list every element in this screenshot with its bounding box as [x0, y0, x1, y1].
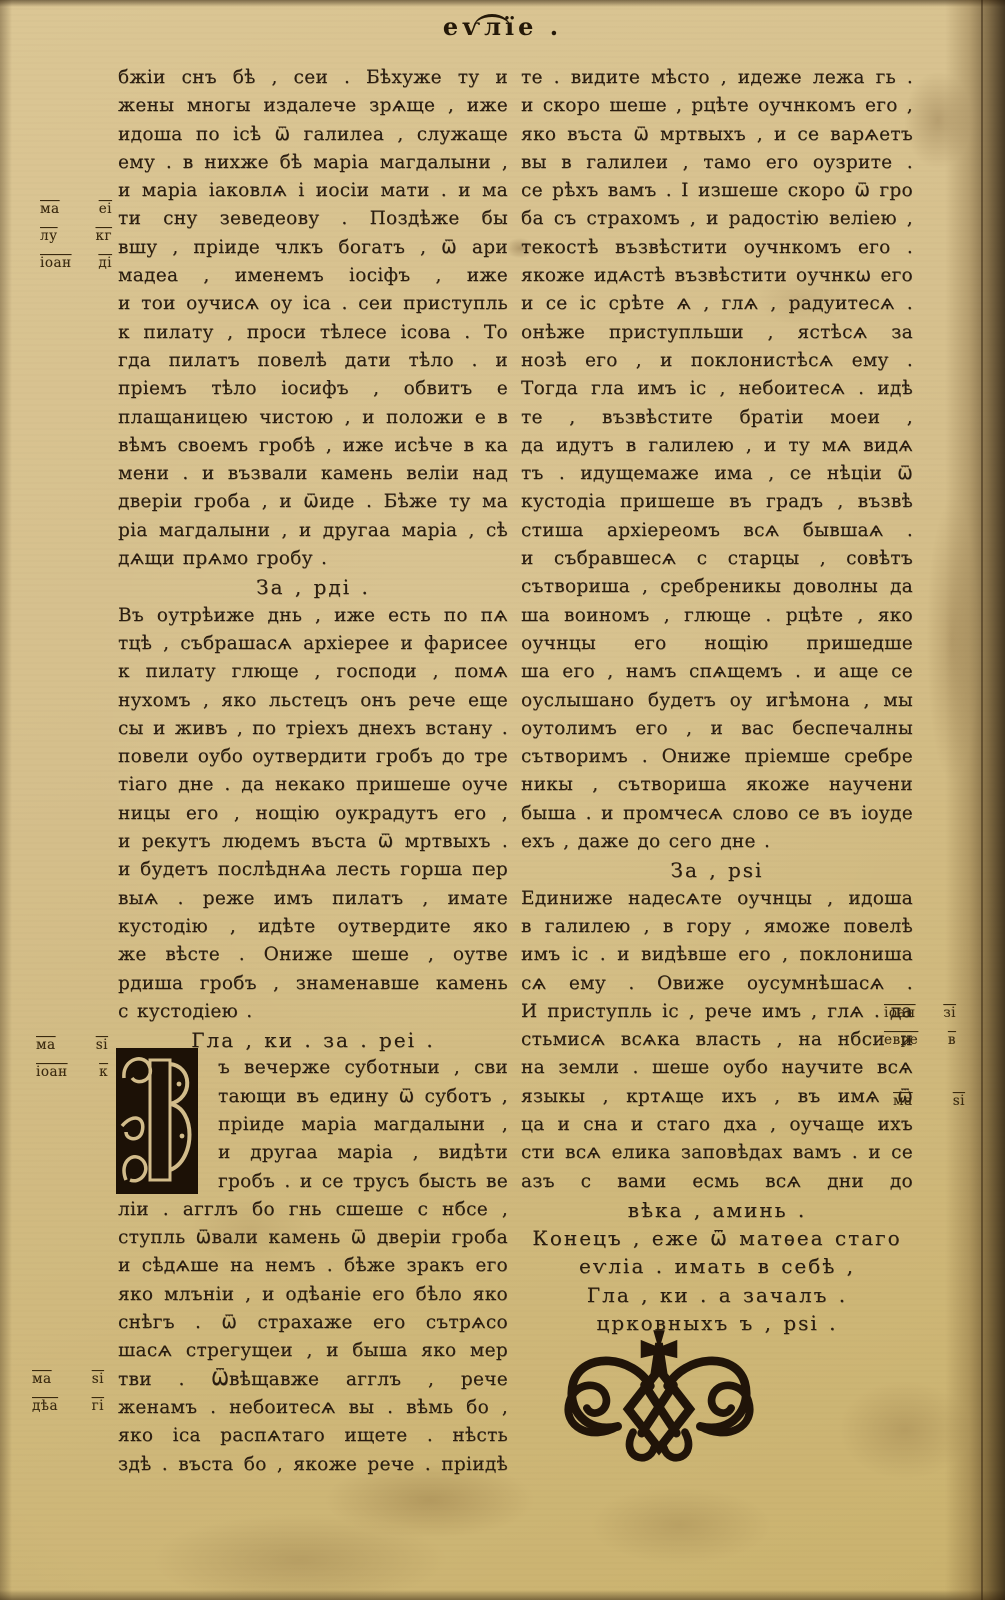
- text-line: и се іс срѣте ѧ , глѧ , радуитесѧ .: [521, 290, 913, 318]
- chapter-numeral: еі: [99, 196, 112, 223]
- book-abbreviation: іоан: [40, 250, 72, 277]
- text-line: тви . Ѿвѣщавже агглъ , рече: [118, 1366, 508, 1394]
- text-line: плащаницею чистою , и положи е в но: [118, 404, 508, 432]
- text-line: ему . в нихже бѣ маріа магдалыни ,: [118, 149, 508, 177]
- text-line: якоже идѧстѣ възвѣстити оучнкѡ его: [521, 262, 913, 290]
- margin-reference-row: лукг: [40, 223, 112, 250]
- text-line: снѣгъ . ѿ страхаже его сътрѧсо: [118, 1309, 508, 1337]
- text-line: гробъ . и се трусъ бысть ве: [218, 1168, 508, 1196]
- text-line: нозѣ его , и поклонистѣсѧ ему .: [521, 347, 913, 375]
- chapter-numeral: в: [948, 1027, 956, 1054]
- text-line: стиша архіереомъ всѧ бывшаѧ .: [521, 517, 913, 545]
- text-line: ба съ страхомъ , и радостію веліею ,: [521, 205, 913, 233]
- text-line: пріиде маріа магдалыни ,: [218, 1111, 508, 1139]
- margin-reference-row: іоанзі: [884, 1000, 956, 1027]
- margin-reference-row: маѕі: [36, 1032, 108, 1059]
- text-line: се рѣхъ вамъ . І изшеше скоро ѿ гро: [521, 177, 913, 205]
- text-line: нухомъ , яко льстецъ онъ рече еще: [118, 687, 508, 715]
- text-line: здѣ . въста бо , якоже рече . пріидѣ: [118, 1451, 508, 1479]
- text-line: онѣже приступльши , ястѣсѧ за: [521, 319, 913, 347]
- margin-reference-row: маѕі: [893, 1088, 965, 1115]
- text-line: в галилею , в гору , яможе повелѣ: [521, 913, 913, 941]
- text-line: Гла , ки . а зачалъ .: [521, 1281, 913, 1309]
- margin-reference-left: маѕідѣагі: [32, 1366, 104, 1420]
- text-line: азъ с вами есмь всѧ дни до скончаніа: [521, 1168, 913, 1196]
- text-line: те , възвѣстите братіи моеи ,: [521, 404, 913, 432]
- text-line: ца и сна и стаго дха , оучаще ихъ блю: [521, 1111, 913, 1139]
- text-line: дверіи гроба , и ѿиде . Бѣже ту ма: [118, 488, 508, 516]
- text-line: оуслышано будетъ оу игѣмона , мы: [521, 687, 913, 715]
- text-line: оучнцы его нощію пришедше оукрадо: [521, 630, 913, 658]
- book-abbreviation: іоан: [884, 1000, 916, 1027]
- margin-reference-row: маеі: [40, 196, 112, 223]
- text-line: и тои оучисѧ оу іса . сеи приступль: [118, 290, 508, 318]
- chapter-numeral: кг: [95, 223, 112, 250]
- text-line: ти сну зеведеову . Поздѣже бы: [118, 205, 508, 233]
- text-line: вѣка , аминь .: [521, 1196, 913, 1224]
- text-line: рдиша гробъ , знаменавше камень: [118, 970, 508, 998]
- text-line: дѧщи прѧмо гробу .: [118, 545, 508, 573]
- page-edge-top: [0, 0, 1005, 7]
- text-line: и събравшесѧ с старцы , совѣтъ: [521, 545, 913, 573]
- text-line: мадеа , именемъ іосіфъ , иже: [118, 262, 508, 290]
- text-line: Единиже надесѧте оучнцы , идоша: [521, 885, 913, 913]
- text-line: текостѣ възвѣстити оучнкомъ его .: [521, 234, 913, 262]
- text-line: сътворимъ . Ониже пріемше сребре: [521, 743, 913, 771]
- text-line: те . видите мѣсто , идеже лежа гь .: [521, 64, 913, 92]
- text-line: гда пилатъ повелѣ дати тѣло . и: [118, 347, 508, 375]
- text-line: выѧ . реже имъ пилатъ , имате: [118, 885, 508, 913]
- text-line: И приступль іс , рече имъ , глѧ . да: [521, 998, 913, 1026]
- text-line: ъ вечерже суботныи , сви: [218, 1054, 508, 1082]
- margin-reference-row: іоанді: [40, 250, 112, 277]
- margin-reference-right: іоанзіеврев: [884, 1000, 956, 1054]
- text-line: вшу , пріиде члкъ богатъ , ѿ ари: [118, 234, 508, 262]
- text-line: оутолимъ его , и вас беспечалны: [521, 715, 913, 743]
- text-line: шасѧ стрегущеи , и быша яко мер: [118, 1337, 508, 1365]
- text-line: яко въста ѿ мртвыхъ , и се варѧетъ: [521, 121, 913, 149]
- book-abbreviation: ма: [36, 1032, 56, 1059]
- text-line: Въ оутрѣиже днь , иже есть по пѧ: [118, 602, 508, 630]
- text-line: и рекутъ людемъ въста ѿ мртвыхъ .: [118, 828, 508, 856]
- margin-reference-row: маѕі: [32, 1366, 104, 1393]
- text-line: ліи . агглъ бо гнь сшеше с нбсе , при: [118, 1196, 508, 1224]
- text-line: да идутъ в галилею , и ту мѧ видѧ: [521, 432, 913, 460]
- text-line: ша воиномъ , глюще . рцѣте , яко: [521, 602, 913, 630]
- text-line: тіаго дне . да некако пришеше оуче: [118, 771, 508, 799]
- book-abbreviation: ма: [32, 1366, 52, 1393]
- text-line: и сѣдѧше на немъ . бѣже зракъ его: [118, 1252, 508, 1280]
- text-line: еѵліа . имать в себѣ ,: [521, 1252, 913, 1280]
- decorated-initial-V: [116, 1048, 198, 1194]
- text-line: ша его , намъ спѧщемъ . и аще се: [521, 658, 913, 686]
- text-line: тцѣ , събрашасѧ архіерее и фарисее: [118, 630, 508, 658]
- text-line: идоша по ісѣ ѿ галилеа , служаще: [118, 121, 508, 149]
- text-line: ехъ , даже до сего дне .: [521, 828, 913, 856]
- book-abbreviation: евре: [884, 1027, 918, 1054]
- text-line: яко іса распѧтаго ищете . нѣсть: [118, 1422, 508, 1450]
- text-line: Конецъ , еже ѿ матѳеа стаго: [521, 1224, 913, 1252]
- book-abbreviation: іоан: [36, 1059, 68, 1086]
- text-line: и скоро шеше , рцѣте оучнкомъ его ,: [521, 92, 913, 120]
- text-line: пріемъ тѣло іосифъ , обвитъ е: [118, 375, 508, 403]
- text-column-right: те . видите мѣсто , идеже лежа гь .и ско…: [521, 64, 913, 1337]
- page-edge-bottom: [0, 1590, 1005, 1600]
- chapter-numeral: ѕі: [92, 1366, 104, 1393]
- text-column-left: бжіи снъ бѣ , сеи . Бѣхуже ту ижены мног…: [118, 64, 508, 1479]
- chapter-numeral: ді: [98, 250, 112, 277]
- text-line: За , рѕі: [521, 856, 913, 884]
- book-abbreviation: ма: [893, 1088, 913, 1115]
- text-line: кустодіа пришеше въ градъ , възвѣ: [521, 488, 913, 516]
- text-line: никы , сътвориша якоже научени: [521, 771, 913, 799]
- page-edge-left: [0, 0, 12, 1600]
- margin-reference-row: іоанк: [36, 1059, 108, 1086]
- text-line: с кустодіею .: [118, 998, 508, 1026]
- book-abbreviation: ма: [40, 196, 60, 223]
- text-line: и маріа іаковлѧ і иосіи мати . и ма: [118, 177, 508, 205]
- text-line: стьмисѧ всѧка власть , на нбси и: [521, 1026, 913, 1054]
- text-line: яко млъніи , и одѣаніе его бѣло яко: [118, 1281, 508, 1309]
- running-title: еѵлїе .: [0, 12, 1005, 41]
- text-line: жены многы издалече зрѧще , иже: [118, 92, 508, 120]
- book-abbreviation: лу: [40, 223, 58, 250]
- text-line: кустодію , идѣте оутвердите яко: [118, 913, 508, 941]
- text-line: тъ . идущемаже има , се нѣціи ѿ: [521, 460, 913, 488]
- text-line: За , рді .: [118, 573, 508, 601]
- text-line: тающи въ едину ѿ суботъ ,: [218, 1083, 508, 1111]
- binding-edge: [945, 0, 1005, 1600]
- text-line: языкы , кртѧще ихъ , въ имѧ ѿ: [521, 1083, 913, 1111]
- chapter-numeral: зі: [943, 1000, 956, 1027]
- text-line: к пилату , проси тѣлесе ісова . То: [118, 319, 508, 347]
- text-line: сѧ ему . Овиже оусумнѣшасѧ .: [521, 970, 913, 998]
- margin-reference-left: маѕііоанк: [36, 1032, 108, 1086]
- margin-reference-row: дѣагі: [32, 1393, 104, 1420]
- text-line: имъ іс . и видѣвше его , поклониша: [521, 941, 913, 969]
- margin-reference-left: маеілукгіоанді: [40, 196, 112, 277]
- text-line: же вѣсте . Ониже шеше , оутве: [118, 941, 508, 969]
- knotwork-tailpiece: [558, 1326, 760, 1471]
- page-edge-line: [981, 0, 983, 1600]
- text-line: к пилату глюще , господи , помѧ: [118, 658, 508, 686]
- text-line: мени . и възвали камень веліи над: [118, 460, 508, 488]
- text-line: и другаа маріа , видѣти: [218, 1139, 508, 1167]
- text-line: на земли . шеше оубо научите всѧ: [521, 1054, 913, 1082]
- book-page: еѵлїе . бжіи снъ бѣ , сеи . Бѣхуже ту иж…: [0, 0, 1005, 1600]
- text-line: повели оубо оутвердити гробъ до тре: [118, 743, 508, 771]
- text-line: ступль ѿвали камень ѿ дверіи гроба ,: [118, 1224, 508, 1252]
- margin-reference-right: маѕі: [893, 1088, 965, 1115]
- text-line: быша . и промчесѧ слово се въ іоуде: [521, 800, 913, 828]
- text-line: сти всѧ елика заповѣдах вамъ . и се: [521, 1139, 913, 1167]
- text-line: ріа магдалыни , и другаа маріа , сѣ: [118, 517, 508, 545]
- text-line: сътвориша , сребреникы доволны да: [521, 573, 913, 601]
- text-line: ницы его , нощію оукрадутъ его ,: [118, 800, 508, 828]
- text-line: Тогда гла имъ іс , небоитесѧ . идѣ: [521, 375, 913, 403]
- text-line: сы и живъ , по тріехъ днехъ встану .: [118, 715, 508, 743]
- text-line: женамъ . небоитесѧ вы . вѣмь бо ,: [118, 1394, 508, 1422]
- chapter-numeral: к: [99, 1059, 108, 1086]
- book-abbreviation: дѣа: [32, 1393, 58, 1420]
- chapter-numeral: ѕі: [953, 1088, 965, 1115]
- text-line: и будетъ послѣднѧа лесть горша пер: [118, 856, 508, 884]
- chapter-numeral: гі: [92, 1393, 104, 1420]
- text-line: вѣмъ своемъ гробѣ , иже исѣче в ка: [118, 432, 508, 460]
- text-line: бжіи снъ бѣ , сеи . Бѣхуже ту и: [118, 64, 508, 92]
- chapter-numeral: ѕі: [96, 1032, 108, 1059]
- margin-reference-row: еврев: [884, 1027, 956, 1054]
- text-line: вы в галилеи , тамо его оузрите .: [521, 149, 913, 177]
